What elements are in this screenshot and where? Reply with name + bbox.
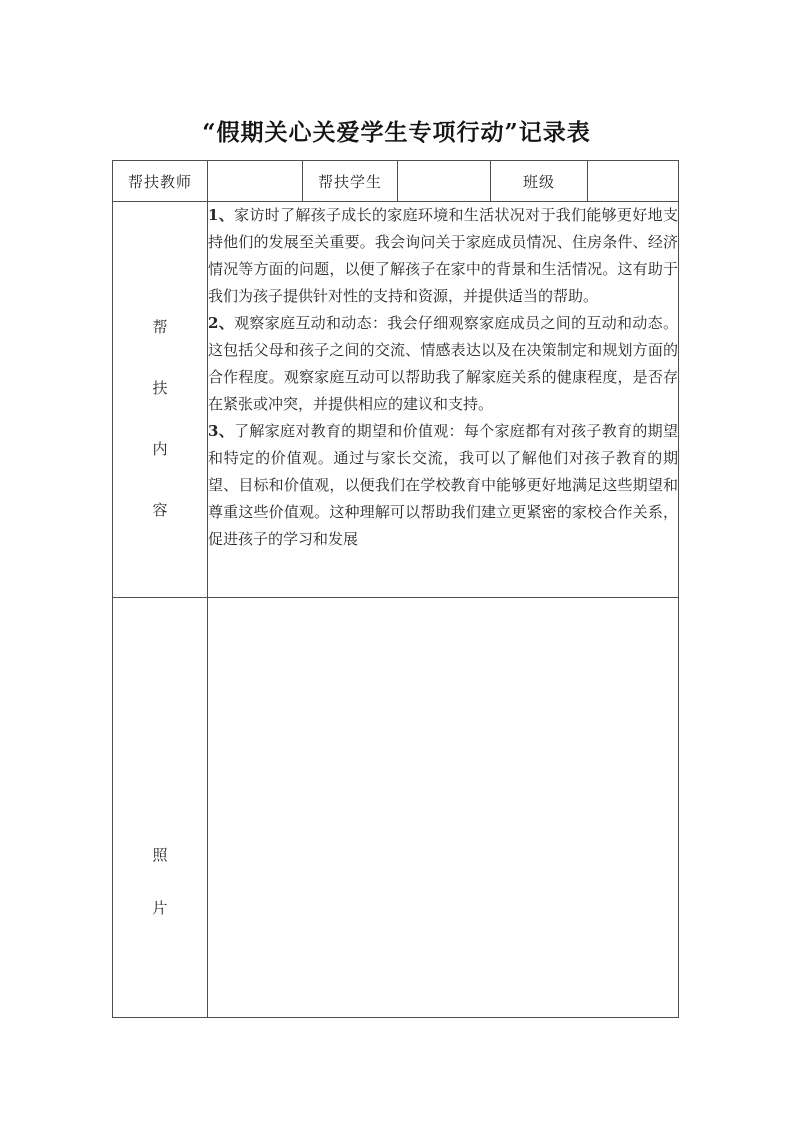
header-row: 帮扶教师 帮扶学生 班级 (113, 161, 679, 202)
student-label-cell: 帮扶学生 (303, 161, 398, 202)
photo-row: 照 片 (113, 598, 679, 1018)
photo-vertical-label: 照 片 (113, 598, 207, 916)
student-value-cell (398, 161, 491, 202)
photo-label-cell: 照 片 (113, 598, 208, 1018)
class-value-cell (588, 161, 679, 202)
photo-area-cell (208, 598, 679, 1018)
label-char: 片 (152, 900, 167, 916)
help-content-label-cell: 帮 扶 内 容 (113, 202, 208, 598)
teacher-label-cell: 帮扶教师 (113, 161, 208, 202)
paragraph-number: 1、 (208, 206, 234, 224)
document-page: “假期关心关爱学生专项行动”记录表 帮扶教师 帮扶学生 班级 帮 扶 内 (0, 0, 793, 1122)
label-char: 容 (152, 502, 167, 518)
help-content-vertical-label: 帮 扶 内 容 (113, 202, 207, 518)
help-content-paragraph-1: 1、家访时了解孩子成长的家庭环境和生活状况对于我们能够更好地支持他们的发展至关重… (208, 202, 678, 310)
paragraph-text: 家访时了解孩子成长的家庭环境和生活状况对于我们能够更好地支持他们的发展至关重要。… (208, 206, 678, 305)
help-content-paragraph-2: 2、观察家庭互动和动态：我会仔细观察家庭成员之间的互动和动态。这包括父母和孩子之… (208, 310, 678, 418)
class-label-cell: 班级 (491, 161, 588, 202)
page-title: “假期关心关爱学生专项行动”记录表 (0, 114, 793, 147)
paragraph-text: 观察家庭互动和动态：我会仔细观察家庭成员之间的互动和动态。这包括父母和孩子之间的… (208, 314, 678, 413)
label-char: 帮 (152, 319, 167, 335)
teacher-value-cell (208, 161, 303, 202)
help-content-paragraph-3: 3、了解家庭对教育的期望和价值观：每个家庭都有对孩子教育的期望和特定的价值观。通… (208, 418, 678, 553)
record-table: 帮扶教师 帮扶学生 班级 帮 扶 内 容 1、家访时了解孩子成长的家庭环境和生活… (112, 160, 679, 1018)
paragraph-number: 3、 (208, 422, 234, 440)
paragraph-text: 了解家庭对教育的期望和价值观：每个家庭都有对孩子教育的期望和特定的价值观。通过与… (208, 422, 678, 548)
paragraph-number: 2、 (208, 314, 234, 332)
label-char: 扶 (152, 380, 167, 396)
help-content-text-cell: 1、家访时了解孩子成长的家庭环境和生活状况对于我们能够更好地支持他们的发展至关重… (208, 202, 679, 598)
label-char: 照 (152, 847, 167, 863)
help-content-row: 帮 扶 内 容 1、家访时了解孩子成长的家庭环境和生活状况对于我们能够更好地支持… (113, 202, 679, 598)
label-char: 内 (152, 441, 167, 457)
